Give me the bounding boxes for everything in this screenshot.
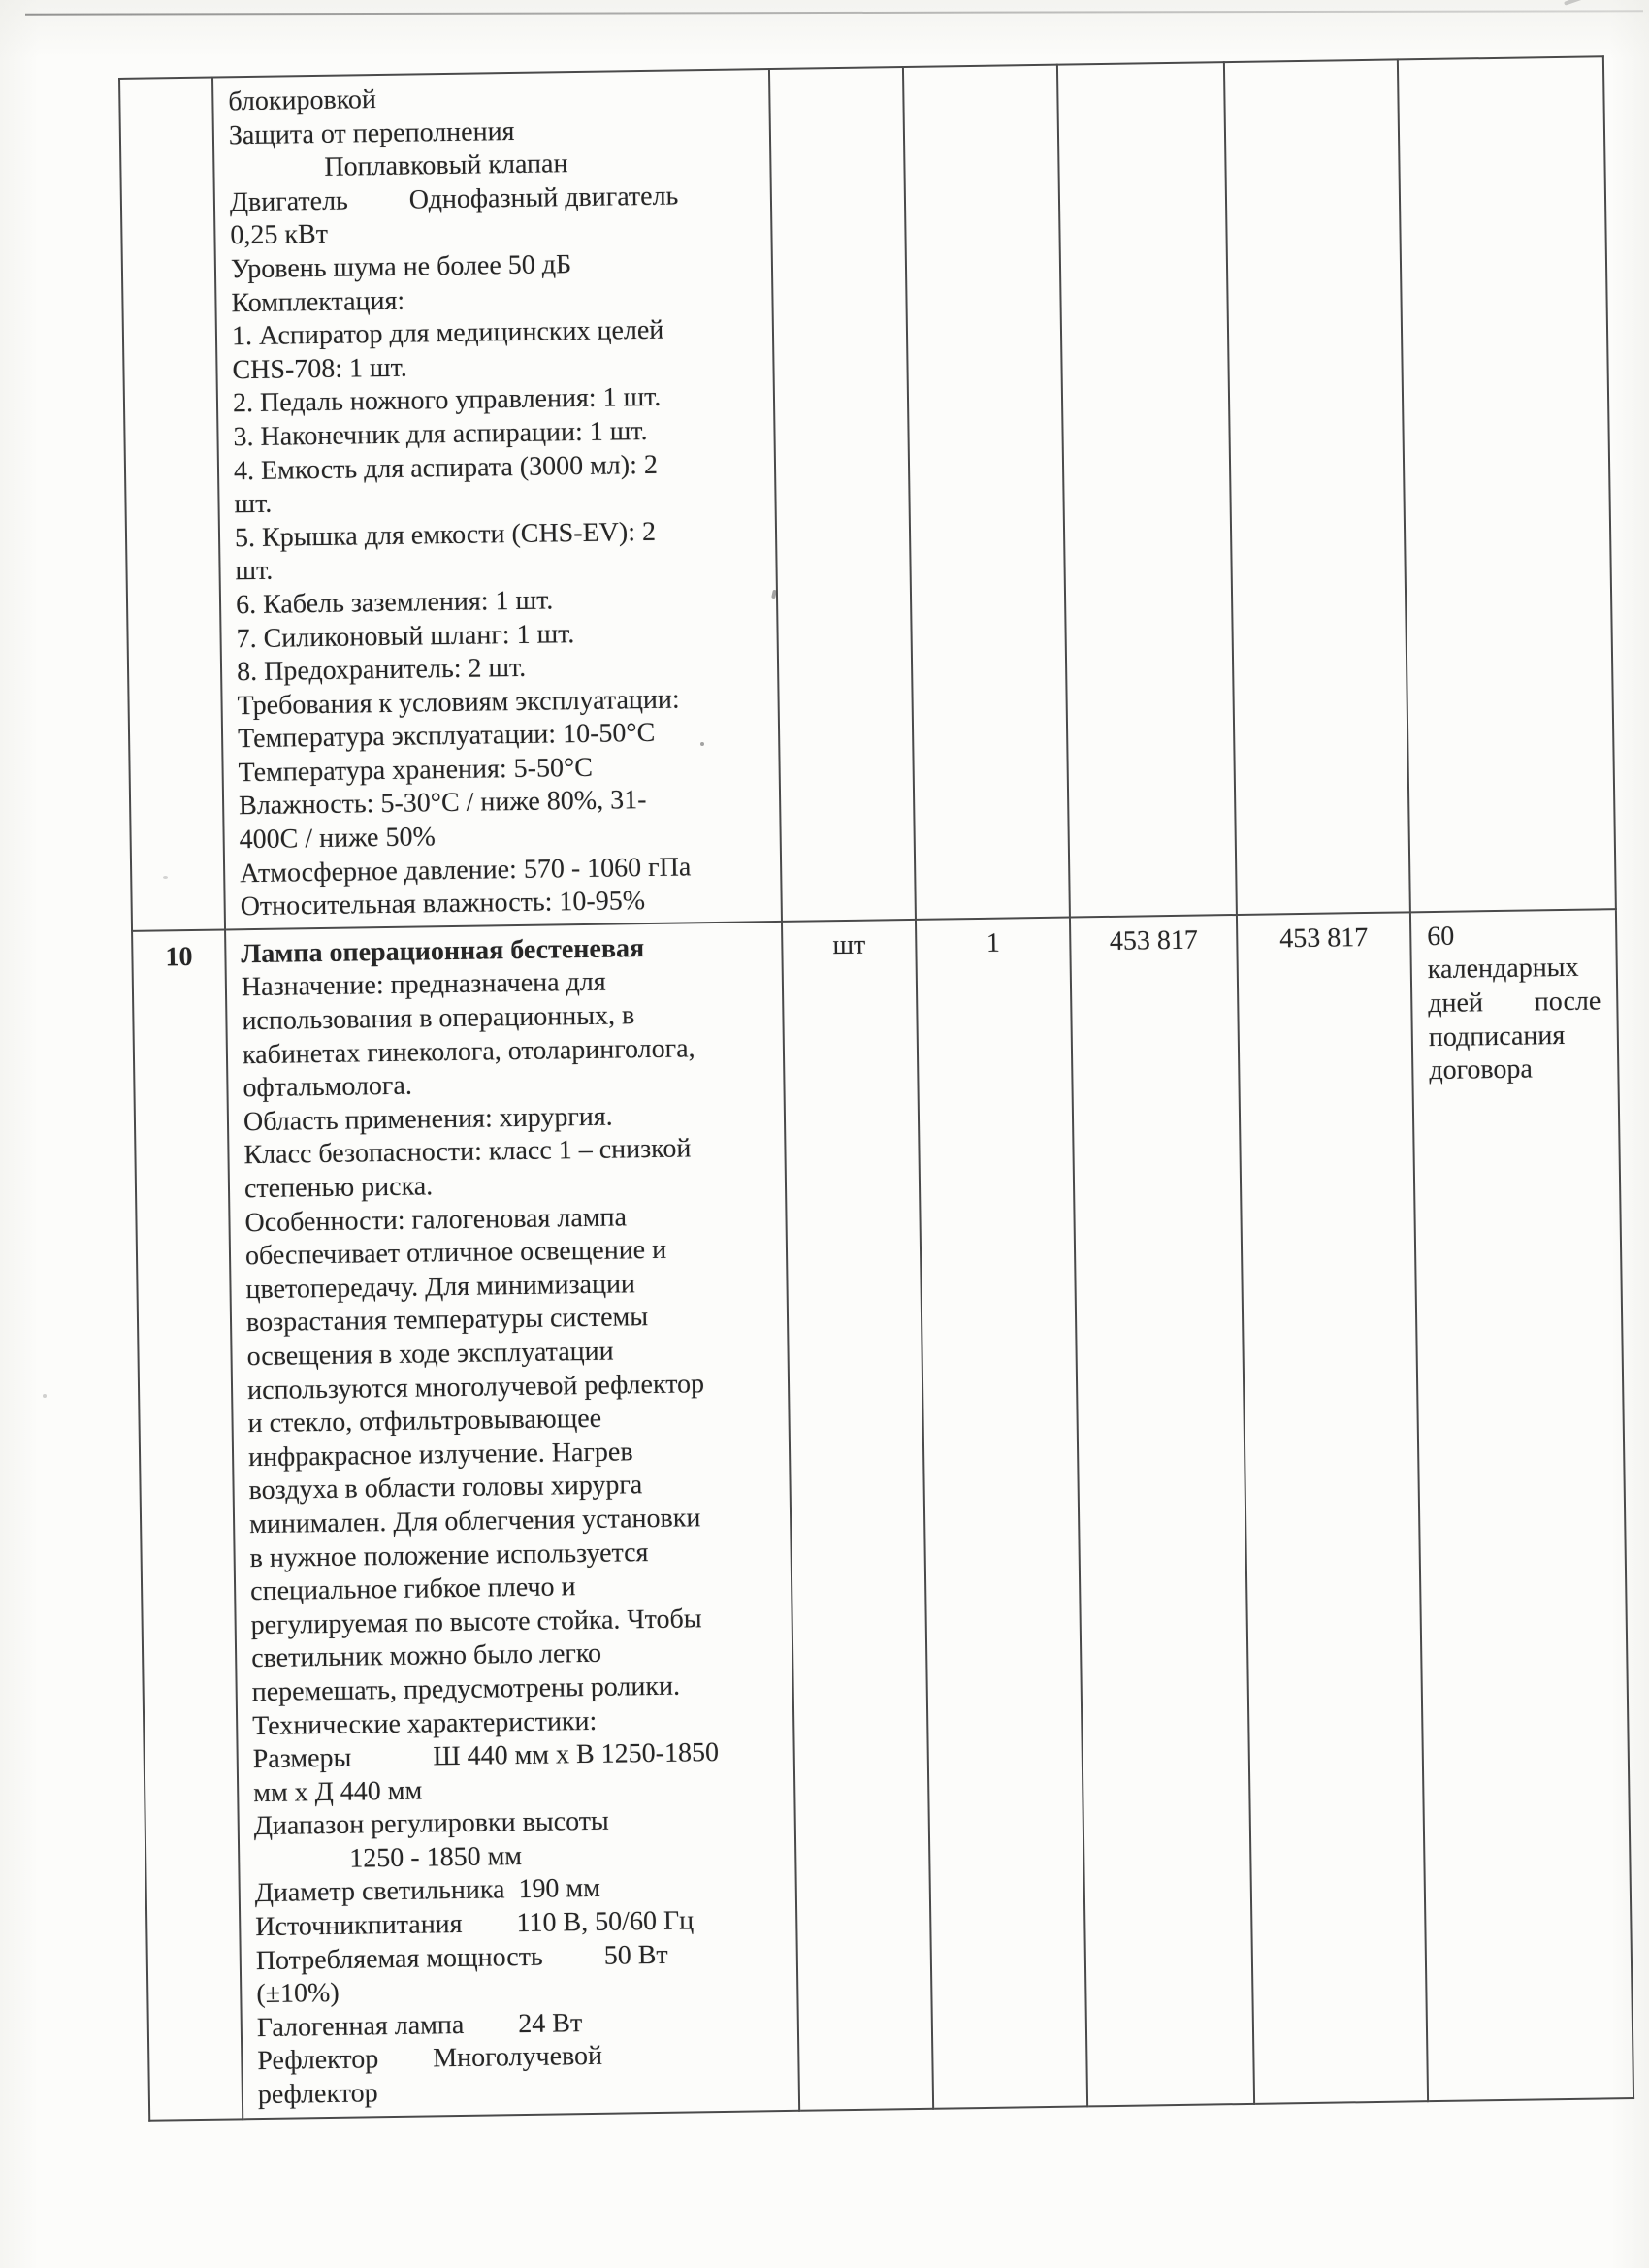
table-row-item10: 10 Лампа операционная бестеневая Назначе… [132, 909, 1633, 2121]
item-number-cell: 10 [132, 929, 242, 2120]
table-row-item9-continuation: блокировкой Защита от переполнения Попла… [119, 56, 1616, 930]
scan-speck [43, 1394, 47, 1398]
spec-table: блокировкой Защита от переполнения Попла… [118, 55, 1634, 2121]
unit-price-value: 453 817 [1110, 924, 1198, 956]
delivery-cell [1398, 56, 1616, 912]
delivery-value: 60 календарных дней после подписания дог… [1427, 922, 1600, 1086]
unit-value: шт [832, 930, 865, 960]
item-number: 10 [165, 942, 192, 972]
unit-price-cell [1057, 62, 1237, 917]
item-description-cell: блокировкой Защита от переполнения Попла… [212, 69, 782, 929]
item-number-cell [119, 78, 225, 931]
quantity-value: 1 [986, 927, 1000, 957]
total-price-value: 453 817 [1279, 923, 1368, 954]
unit-cell [769, 67, 916, 922]
item-description: блокировкой Защита от переполнения Попла… [228, 78, 773, 924]
total-price-cell: 453 817 [1237, 912, 1428, 2104]
total-price-cell [1224, 59, 1410, 914]
item-description-cell: Лампа операционная бестеневая Назначение… [225, 922, 799, 2119]
unit-cell: шт [782, 920, 933, 2111]
spec-table-wrap: блокировкой Защита от переполнения Попла… [118, 55, 1634, 2121]
unit-price-cell: 453 817 [1070, 915, 1254, 2106]
delivery-cell: 60 календарных дней после подписания дог… [1410, 909, 1633, 2101]
item-description: Назначение: предназначена для использова… [242, 964, 791, 2113]
quantity-cell: 1 [916, 917, 1087, 2108]
scan-edge-line [25, 10, 1643, 15]
quantity-cell [903, 65, 1070, 920]
scan-corner-smudge [1564, 0, 1649, 6]
scan-page: блокировкой Защита от переполнения Попла… [0, 0, 1649, 2268]
